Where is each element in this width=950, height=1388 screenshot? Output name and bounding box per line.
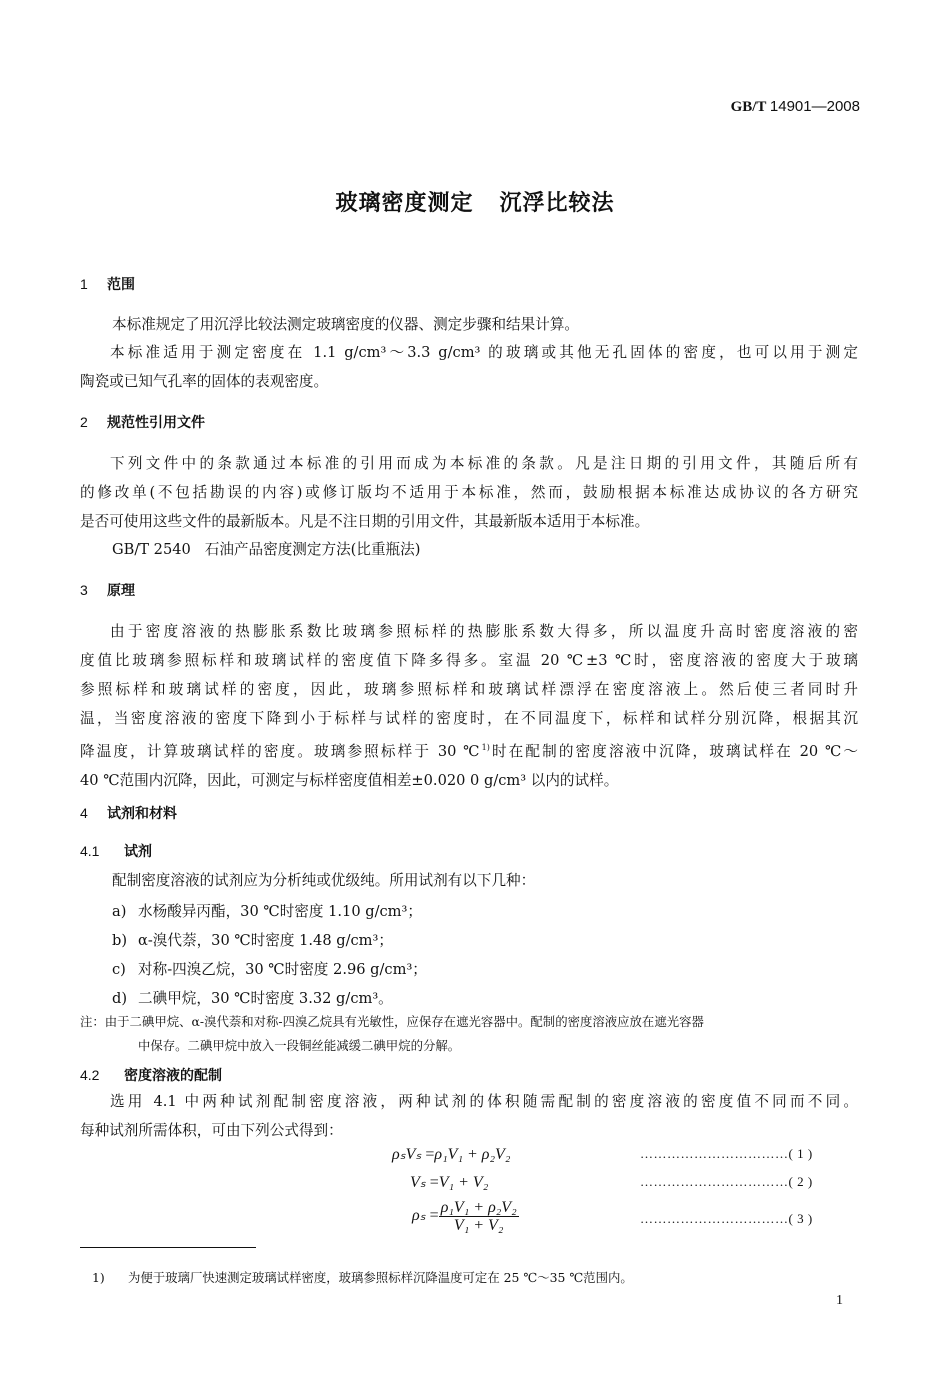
- fraction: ρ₁V₁ + ρ₂V₂V₁ + V₂: [439, 1199, 519, 1234]
- section-3-para: 由于密度溶液的热膨胀系数比玻璃参照标样的热膨胀系数大得多，所以温度升高时密度溶液…: [80, 617, 858, 795]
- section-4-2-heading: 4.2密度溶液的配制: [80, 1065, 222, 1085]
- section-1-heading: 1范围: [80, 274, 135, 294]
- reference-title: 石油产品密度测定方法(比重瓶法): [205, 541, 421, 558]
- standard-number: GB/T 14901—2008: [690, 98, 860, 116]
- section-1-para-1: 本标准规定了用沉浮比较法测定玻璃密度的仪器、测定步骤和结果计算。: [112, 310, 890, 339]
- section-3-heading: 3原理: [80, 580, 135, 600]
- section-4-heading: 4试剂和材料: [80, 803, 177, 823]
- footnote-text: 为便于玻璃厂快速测定玻璃试样密度，玻璃参照标样沉降温度可定在 25 ℃～35 ℃…: [128, 1270, 633, 1285]
- equation-3: ρₛ =ρ₁V₁ + ρ₂V₂V₁ + V₂: [412, 1199, 519, 1234]
- normative-reference: GB/T 2540 石油产品密度测定方法(比重瓶法): [112, 535, 890, 564]
- footnote-separator: [80, 1247, 256, 1248]
- reagent-item-d: d)二碘甲烷，30 ℃时密度 3.32 g/cm³。: [112, 987, 393, 1008]
- section-4-1-intro: 配制密度溶液的试剂应为分析纯或优级纯。所用试剂有以下几种：: [112, 866, 890, 895]
- document-title: 玻璃密度测定沉浮比较法: [0, 186, 950, 217]
- standard-code: 14901—2008: [770, 98, 860, 115]
- equation-1-tag: ( 1 ): [789, 1146, 813, 1161]
- equation-3-leader: ……………………………( 3 ): [640, 1211, 856, 1227]
- section-4-2-para: 选用 4.1 中两种试剂配制密度溶液，两种试剂的体积随需配制的密度溶液的密度值不…: [80, 1087, 858, 1145]
- title-part-1: 玻璃密度测定: [335, 191, 473, 216]
- equation-2: Vₛ =V₁ + V₂: [410, 1172, 488, 1192]
- reagent-item-b: b)α-溴代萘，30 ℃时密度 1.48 g/cm³；: [112, 929, 393, 950]
- section-2-heading: 2规范性引用文件: [80, 412, 205, 432]
- equation-3-tag: ( 3 ): [789, 1211, 813, 1226]
- equation-2-leader: ……………………………( 2 ): [640, 1174, 856, 1190]
- equation-1-leader: ……………………………( 1 ): [640, 1146, 856, 1162]
- page-number: 1: [836, 1293, 843, 1309]
- section-2-para: 下列文件中的条款通过本标准的引用而成为本标准的条款。凡是注日期的引用文件，其随后…: [80, 449, 858, 536]
- title-part-2: 沉浮比较法: [500, 191, 615, 216]
- equation-2-tag: ( 2 ): [789, 1174, 813, 1189]
- reference-code: GB/T 2540: [112, 541, 191, 558]
- section-4-1-heading: 4.1试剂: [80, 841, 152, 861]
- footnote: 1)为便于玻璃厂快速测定玻璃试样密度，玻璃参照标样沉降温度可定在 25 ℃～35…: [92, 1268, 633, 1286]
- standard-prefix: GB/T: [731, 99, 767, 115]
- equation-1: ρₛVₛ =ρ₁V₁ + ρ₂V₂: [392, 1144, 510, 1164]
- footnote-label: 1): [92, 1270, 128, 1285]
- footnote-ref: 1): [482, 743, 490, 752]
- reagent-note: 注：由于二碘甲烷、α-溴代萘和对称-四溴乙烷具有光敏性，应保存在遮光容器中。配制…: [80, 1010, 858, 1058]
- section-1-para-2: 本标准适用于测定密度在 1.1 g/cm³～3.3 g/cm³ 的玻璃或其他无孔…: [80, 338, 858, 396]
- reagent-item-a: a)水杨酸异丙酯，30 ℃时密度 1.10 g/cm³；: [112, 900, 422, 921]
- reagent-item-c: c)对称-四溴乙烷，30 ℃时密度 2.96 g/cm³；: [112, 958, 427, 979]
